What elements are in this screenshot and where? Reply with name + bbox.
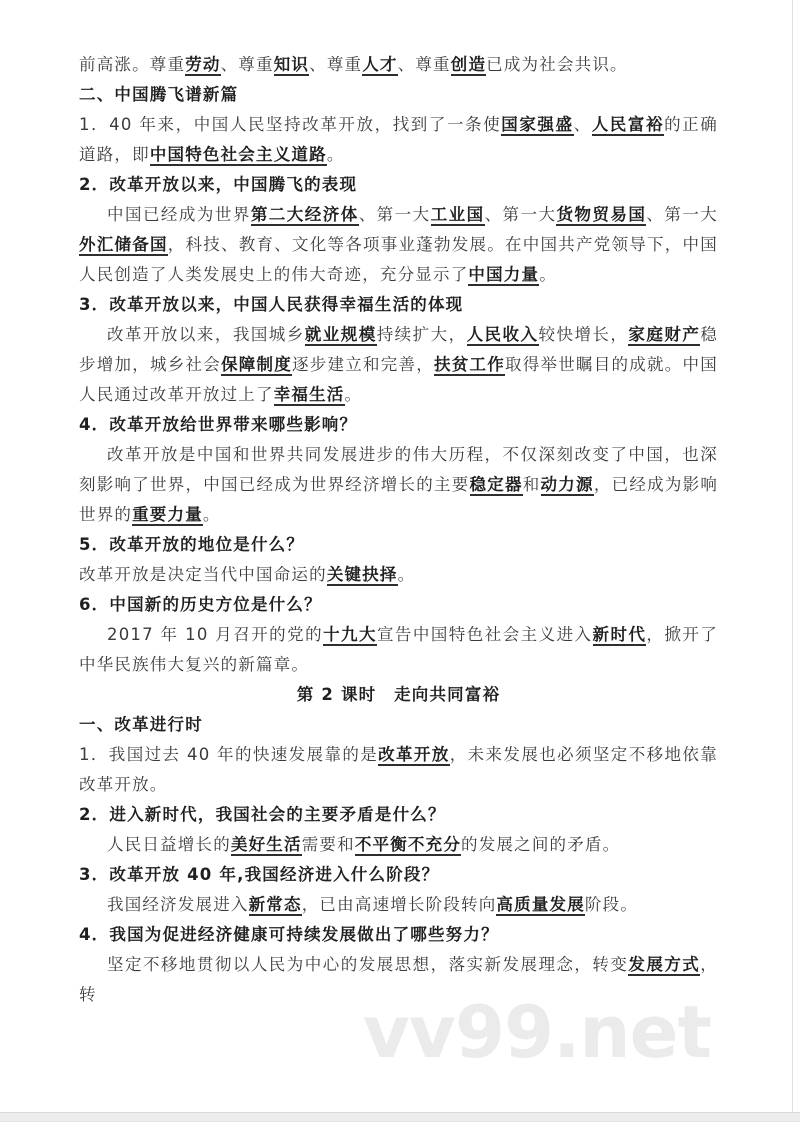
key-term: 货物贸易国 xyxy=(556,205,646,226)
text-run: 2．进入新时代，我国社会的主要矛盾是什么？ xyxy=(79,805,446,824)
text-run: 3．改革开放以来，中国人民获得幸福生活的体现 xyxy=(79,295,463,314)
key-term: 保障制度 xyxy=(221,355,292,376)
document-body: 前高涨。尊重劳动、尊重知识、尊重人才、尊重创造已成为社会共识。二、中国腾飞谱新篇… xyxy=(79,50,718,1010)
text-run: 、尊重 xyxy=(309,55,362,74)
text-run: 5．改革开放的地位是什么？ xyxy=(79,535,304,554)
key-term: 十九大 xyxy=(323,625,377,646)
key-term: 中国特色社会主义道路 xyxy=(150,145,327,166)
heading: 一、改革进行时 xyxy=(79,710,718,740)
heading: 6．中国新的历史方位是什么？ xyxy=(79,590,718,620)
text-run: 、第一大 xyxy=(646,205,718,224)
heading: 2．改革开放以来，中国腾飞的表现 xyxy=(79,170,718,200)
key-term: 新常态 xyxy=(249,895,302,916)
key-term: 家庭财产 xyxy=(628,325,700,346)
paragraph: 我国经济发展进入新常态，已由高速增长阶段转向高质量发展阶段。 xyxy=(79,890,718,920)
text-run: 第 2 课时 走向共同富裕 xyxy=(297,685,501,704)
paragraph: 1．40 年来，中国人民坚持改革开放，找到了一条使国家强盛、人民富裕的正确道路，… xyxy=(79,110,718,170)
key-term: 发展方式 xyxy=(628,955,700,976)
key-term: 中国力量 xyxy=(468,265,539,286)
key-term: 人才 xyxy=(362,55,397,76)
text-run: 一、改革进行时 xyxy=(79,715,203,734)
text-run: 的发展之间的矛盾。 xyxy=(461,835,620,854)
text-run: 前高涨。尊重 xyxy=(79,55,185,74)
page-right-edge xyxy=(792,0,793,1112)
key-term: 扶贫工作 xyxy=(434,355,505,376)
text-run: 我国经济发展进入 xyxy=(107,895,249,914)
next-page-top xyxy=(0,1122,800,1137)
heading: 4．我国为促进经济健康可持续发展做出了哪些努力？ xyxy=(79,920,718,950)
text-run: 、第一大 xyxy=(359,205,431,224)
key-term: 不平衡不充分 xyxy=(355,835,461,856)
text-run: 。 xyxy=(345,385,363,404)
key-term: 创造 xyxy=(451,55,486,76)
paragraph: 改革开放是决定当代中国命运的关键抉择。 xyxy=(79,560,718,590)
text-run: 阶段。 xyxy=(585,895,638,914)
key-term: 重要力量 xyxy=(132,505,203,526)
page-separator xyxy=(0,1112,800,1122)
paragraph: 改革开放是中国和世界共同发展进步的伟大历程，不仅深刻改变了中国，也深刻影响了世界… xyxy=(79,440,718,530)
key-term: 就业规模 xyxy=(305,325,377,346)
text-run: 、尊重 xyxy=(398,55,451,74)
paragraph: 人民日益增长的美好生活需要和不平衡不充分的发展之间的矛盾。 xyxy=(79,830,718,860)
paragraph: 前高涨。尊重劳动、尊重知识、尊重人才、尊重创造已成为社会共识。 xyxy=(79,50,718,80)
key-term: 知识 xyxy=(274,55,309,76)
key-term: 外汇储备国 xyxy=(79,235,168,256)
heading: 4．改革开放给世界带来哪些影响？ xyxy=(79,410,718,440)
text-run: 4．改革开放给世界带来哪些影响？ xyxy=(79,415,357,434)
heading: 二、中国腾飞谱新篇 xyxy=(79,80,718,110)
key-term: 改革开放 xyxy=(378,745,450,766)
text-run: 坚定不移地贯彻以人民为中心的发展思想，落实新发展理念，转变 xyxy=(107,955,628,974)
key-term: 人民收入 xyxy=(467,325,539,346)
key-term: 国家强盛 xyxy=(501,115,573,136)
text-run: 改革开放以来，我国城乡 xyxy=(107,325,305,344)
key-term: 关键抉择 xyxy=(327,565,398,586)
paragraph: 改革开放以来，我国城乡就业规模持续扩大，人民收入较快增长，家庭财产稳步增加，城乡… xyxy=(79,320,718,410)
document-page: 前高涨。尊重劳动、尊重知识、尊重人才、尊重创造已成为社会共识。二、中国腾飞谱新篇… xyxy=(0,0,800,1112)
text-run: 已成为社会共识。 xyxy=(486,55,628,74)
section-title: 第 2 课时 走向共同富裕 xyxy=(79,680,718,710)
text-run: 中国已经成为世界 xyxy=(107,205,251,224)
text-run: 和 xyxy=(523,475,541,494)
text-run: ，科技、教育、文化等各项事业蓬勃发展。在中国共产党领导下，中国人民创造了人类发展… xyxy=(79,235,718,284)
key-term: 工业国 xyxy=(431,205,485,226)
text-run: 人民日益增长的 xyxy=(107,835,231,854)
text-run: 二、中国腾飞谱新篇 xyxy=(79,85,238,104)
text-run: 较快增长， xyxy=(539,325,629,344)
key-term: 新时代 xyxy=(593,625,647,646)
key-term: 高质量发展 xyxy=(496,895,585,916)
text-run: ，已由高速增长阶段转向 xyxy=(302,895,497,914)
key-term: 幸福生活 xyxy=(274,385,345,406)
paragraph: 中国已经成为世界第二大经济体、第一大工业国、第一大货物贸易国、第一大外汇储备国，… xyxy=(79,200,718,290)
watermark: vv99.net xyxy=(363,996,711,1068)
text-run: 逐步建立和完善， xyxy=(292,355,434,374)
text-run: 宣告中国特色社会主义进入 xyxy=(377,625,593,644)
text-run: 4．我国为促进经济健康可持续发展做出了哪些努力？ xyxy=(79,925,499,944)
text-run: 1．40 年来，中国人民坚持改革开放，找到了一条使 xyxy=(79,115,501,134)
key-term: 劳动 xyxy=(185,55,220,76)
text-run: 。 xyxy=(203,505,221,524)
text-run: 。 xyxy=(539,265,557,284)
text-run: 。 xyxy=(398,565,416,584)
key-term: 美好生活 xyxy=(231,835,302,856)
paragraph: 1．我国过去 40 年的快速发展靠的是改革开放，未来发展也必须坚定不移地依靠改革… xyxy=(79,740,718,800)
text-run: 持续扩大， xyxy=(377,325,467,344)
text-run: 。 xyxy=(327,145,345,164)
heading: 2．进入新时代，我国社会的主要矛盾是什么？ xyxy=(79,800,718,830)
text-run: 6．中国新的历史方位是什么？ xyxy=(79,595,322,614)
heading: 3．改革开放以来，中国人民获得幸福生活的体现 xyxy=(79,290,718,320)
text-run: 、第一大 xyxy=(485,205,557,224)
heading: 3．改革开放 40 年,我国经济进入什么阶段？ xyxy=(79,860,718,890)
key-term: 稳定器 xyxy=(470,475,523,496)
text-run: 需要和 xyxy=(302,835,355,854)
text-run: 2017 年 10 月召开的党的 xyxy=(107,625,323,644)
text-run: 1．我国过去 40 年的快速发展靠的是 xyxy=(79,745,378,764)
key-term: 人民富裕 xyxy=(592,115,664,136)
paragraph: 2017 年 10 月召开的党的十九大宣告中国特色社会主义进入新时代，掀开了中华… xyxy=(79,620,718,680)
key-term: 动力源 xyxy=(541,475,594,496)
text-run: 、 xyxy=(574,115,592,134)
key-term: 第二大经济体 xyxy=(251,205,359,226)
heading: 5．改革开放的地位是什么？ xyxy=(79,530,718,560)
text-run: 改革开放是决定当代中国命运的 xyxy=(79,565,327,584)
text-run: 、尊重 xyxy=(221,55,274,74)
text-run: 2．改革开放以来，中国腾飞的表现 xyxy=(79,175,357,194)
text-run: 3．改革开放 40 年,我国经济进入什么阶段？ xyxy=(79,865,439,884)
